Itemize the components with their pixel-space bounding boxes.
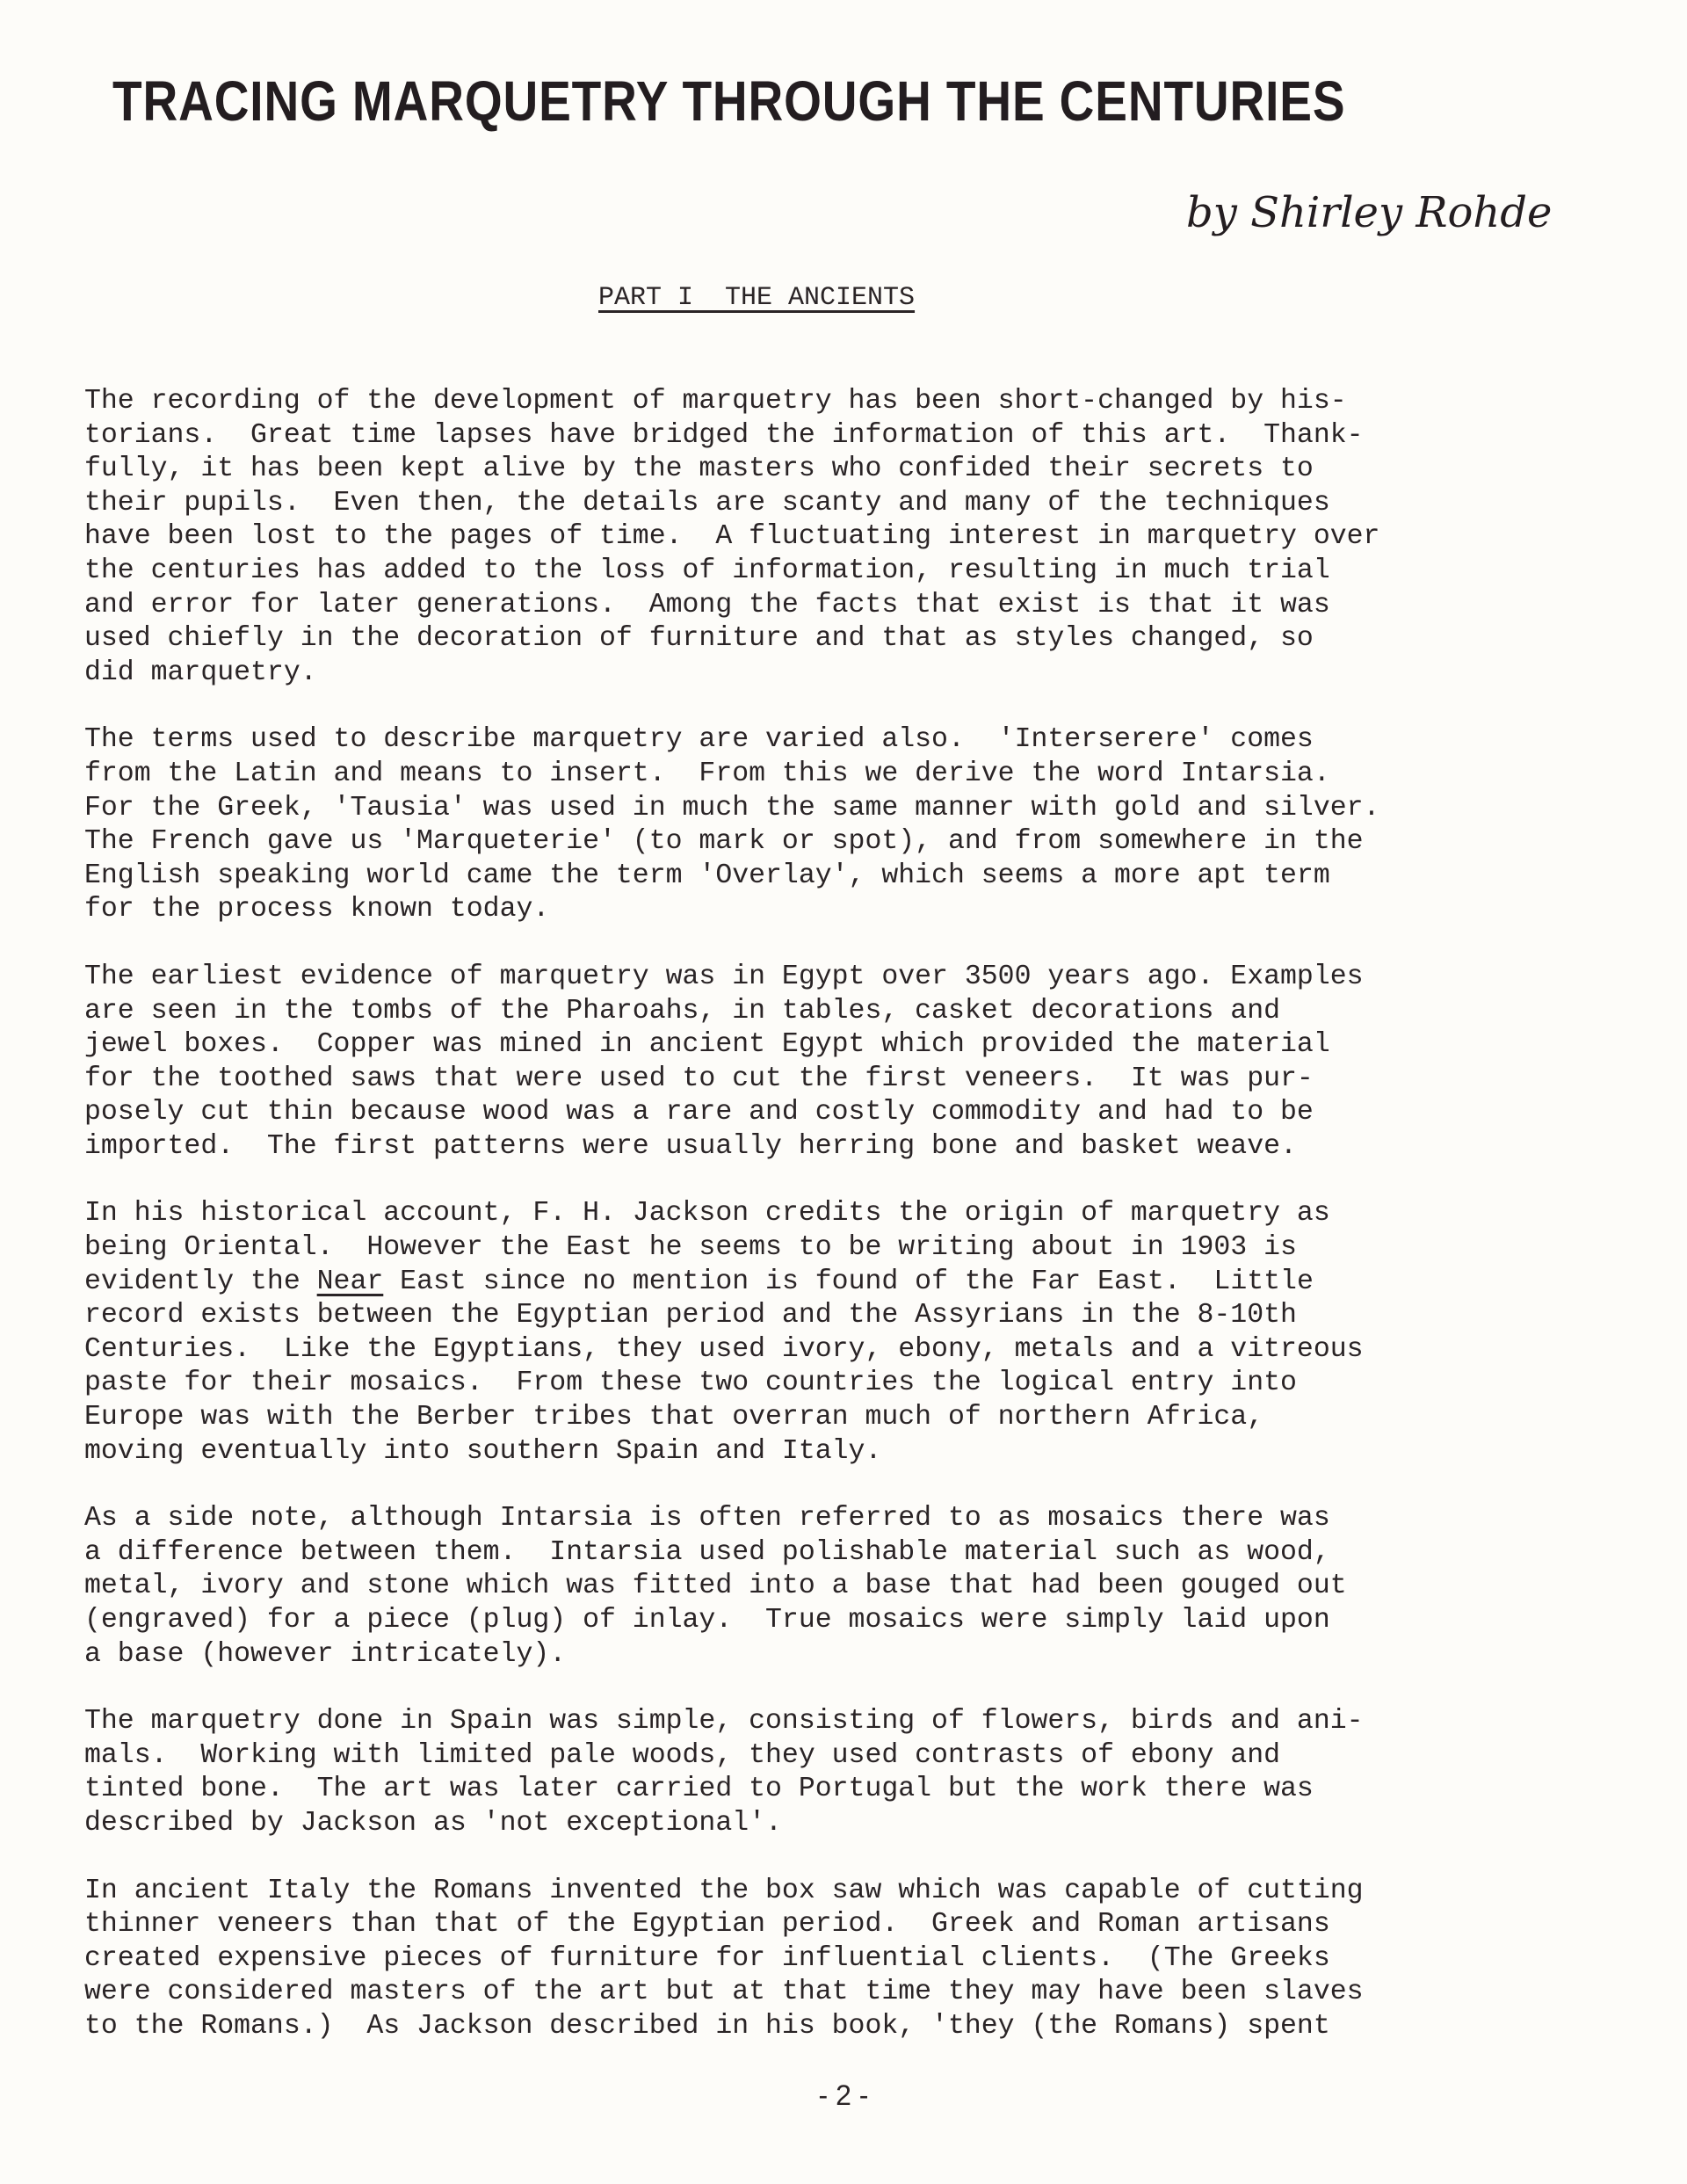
text-line: metal, ivory and stone which was fitted … bbox=[84, 1570, 1648, 1604]
text-line: created expensive pieces of furniture fo… bbox=[84, 1942, 1648, 1977]
text-line: are seen in the tombs of the Pharoahs, i… bbox=[84, 995, 1648, 1029]
underlined-word: Near bbox=[317, 1266, 384, 1297]
text-line: paste for their mosaics. From these two … bbox=[84, 1367, 1648, 1401]
text-line: thinner veneers than that of the Egyptia… bbox=[84, 1908, 1648, 1942]
text-line: As a side note, although Intarsia is oft… bbox=[84, 1502, 1648, 1536]
text-line: for the process known today. bbox=[84, 893, 1648, 927]
text-line: In his historical account, F. H. Jackson… bbox=[84, 1197, 1648, 1231]
text-line: described by Jackson as 'not exceptional… bbox=[84, 1807, 1648, 1841]
paragraph: The earliest evidence of marquetry was i… bbox=[84, 961, 1648, 1165]
text-line: torians. Great time lapses have bridged … bbox=[84, 419, 1648, 453]
text-line: posely cut thin because wood was a rare … bbox=[84, 1096, 1648, 1130]
paragraph: The recording of the development of marq… bbox=[84, 385, 1648, 690]
section-heading: PART I THE ANCIENTS bbox=[598, 283, 915, 313]
text-line: (engraved) for a piece (plug) of inlay. … bbox=[84, 1604, 1648, 1638]
text-line: a base (however intricately). bbox=[84, 1638, 1648, 1672]
paragraph: In his historical account, F. H. Jackson… bbox=[84, 1197, 1648, 1469]
text-line: The terms used to describe marquetry are… bbox=[84, 723, 1648, 758]
text-line: In ancient Italy the Romans invented the… bbox=[84, 1875, 1648, 1909]
text-line: have been lost to the pages of time. A f… bbox=[84, 520, 1648, 555]
text-line: evidently the Near East since no mention… bbox=[84, 1266, 1648, 1300]
text-line: to the Romans.) As Jackson described in … bbox=[84, 2010, 1648, 2044]
text-line: fully, it has been kept alive by the mas… bbox=[84, 453, 1648, 487]
text-line: English speaking world came the term 'Ov… bbox=[84, 860, 1648, 894]
text-line: Centuries. Like the Egyptians, they used… bbox=[84, 1333, 1648, 1368]
text-line: For the Greek, 'Tausia' was used in much… bbox=[84, 792, 1648, 826]
document-title: TRACING MARQUETRY THROUGH THE CENTURIES bbox=[112, 69, 1351, 134]
text-line: their pupils. Even then, the details are… bbox=[84, 487, 1648, 521]
text-line: were considered masters of the art but a… bbox=[84, 1976, 1648, 2010]
paragraph: In ancient Italy the Romans invented the… bbox=[84, 1875, 1648, 2044]
text-line: The recording of the development of marq… bbox=[84, 385, 1648, 419]
text-line: mals. Working with limited pale woods, t… bbox=[84, 1739, 1648, 1774]
text-line: being Oriental. However the East he seem… bbox=[84, 1231, 1648, 1266]
text-line: and error for later generations. Among t… bbox=[84, 589, 1648, 623]
text-line: the centuries has added to the loss of i… bbox=[84, 555, 1648, 589]
text-line: The earliest evidence of marquetry was i… bbox=[84, 961, 1648, 995]
text-line: did marquetry. bbox=[84, 657, 1648, 691]
text-line: Europe was with the Berber tribes that o… bbox=[84, 1401, 1648, 1435]
text-line: The French gave us 'Marqueterie' (to mar… bbox=[84, 825, 1648, 860]
article-body: The recording of the development of marq… bbox=[84, 385, 1648, 2078]
paragraph: As a side note, although Intarsia is oft… bbox=[84, 1502, 1648, 1672]
text-line: jewel boxes. Copper was mined in ancient… bbox=[84, 1028, 1648, 1063]
page-number: - 2 - bbox=[0, 2079, 1687, 2112]
text-line: from the Latin and means to insert. From… bbox=[84, 758, 1648, 792]
text-line: for the toothed saws that were used to c… bbox=[84, 1063, 1648, 1097]
author-byline: by Shirley Rohde bbox=[1186, 188, 1552, 237]
text-line: The marquetry done in Spain was simple, … bbox=[84, 1705, 1648, 1739]
text-line: tinted bone. The art was later carried t… bbox=[84, 1773, 1648, 1807]
text-line: a difference between them. Intarsia used… bbox=[84, 1536, 1648, 1571]
text-line: record exists between the Egyptian perio… bbox=[84, 1299, 1648, 1333]
paragraph: The marquetry done in Spain was simple, … bbox=[84, 1705, 1648, 1840]
text-line: imported. The first patterns were usuall… bbox=[84, 1130, 1648, 1165]
paragraph: The terms used to describe marquetry are… bbox=[84, 723, 1648, 927]
text-line: used chiefly in the decoration of furnit… bbox=[84, 622, 1648, 657]
text-line: moving eventually into southern Spain an… bbox=[84, 1435, 1648, 1469]
